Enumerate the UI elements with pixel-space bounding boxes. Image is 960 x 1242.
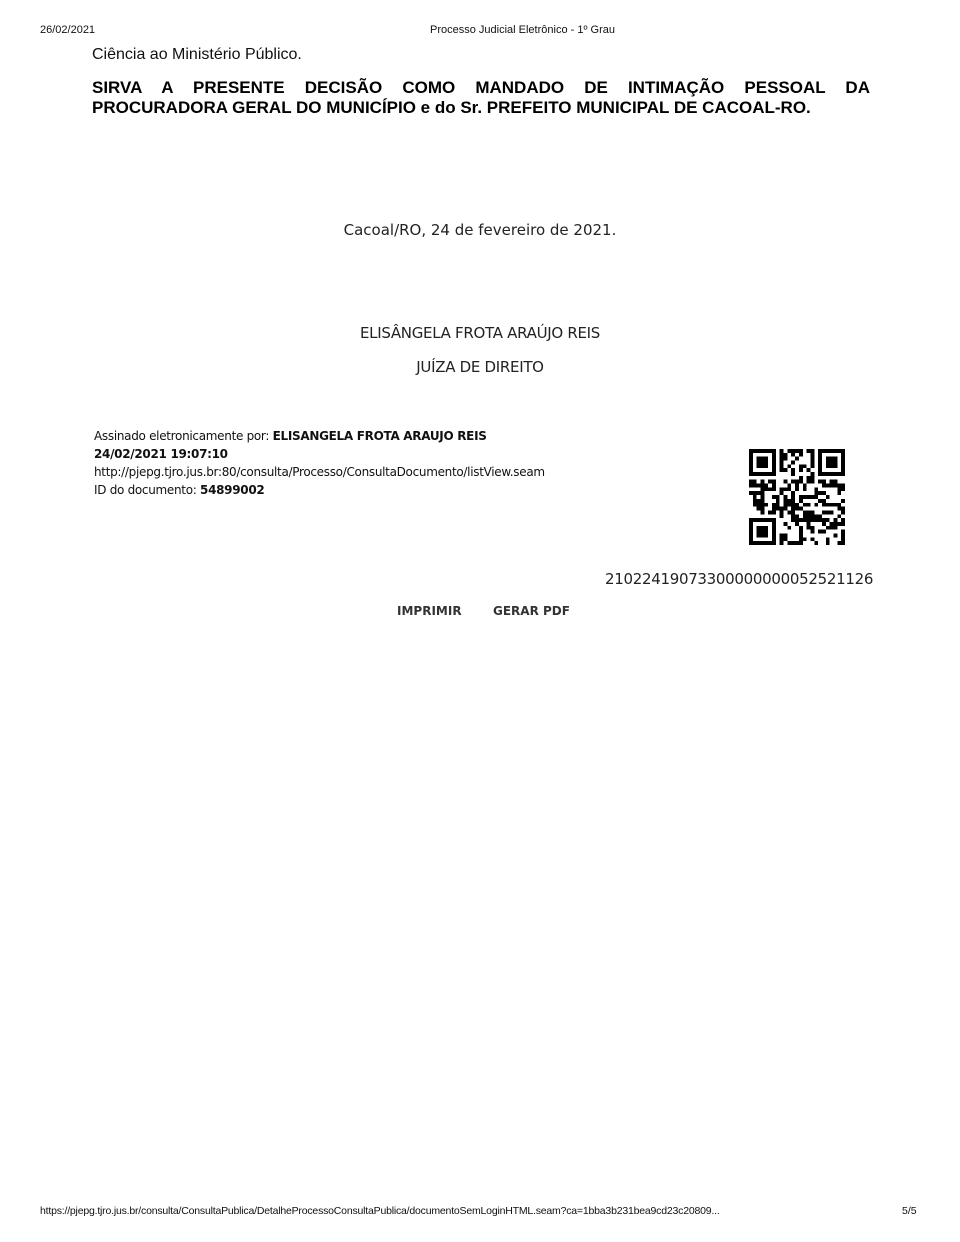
place-date: Cacoal/RO, 24 de fevereiro de 2021. [0,221,960,239]
print-footer-page: 5/5 [902,1205,917,1217]
signature-datetime: 24/02/2021 19:07:10 [94,447,228,461]
verification-url: http://pjepg.tjro.jus.br:80/consulta/Pro… [94,463,545,481]
judge-role: JUÍZA DE DIREITO [0,358,960,376]
signer-name: ELISANGELA FROTA ARAUJO REIS [273,429,487,443]
signed-by-label: Assinado eletronicamente por: [94,429,273,443]
doc-id-line: ID do documento: 54899002 [94,481,545,499]
verification-code: 21022419073300000000052521126 [605,570,873,588]
qr-code-icon [749,449,845,545]
electronic-signature-block: Assinado eletronicamente por: ELISANGELA… [94,427,545,499]
signed-by-line: Assinado eletronicamente por: ELISANGELA… [94,427,545,445]
ciencia-paragraph: Ciência ao Ministério Público. [92,46,302,64]
mandado-paragraph: SIRVA A PRESENTE DECISÃO COMO MANDADO DE… [92,78,870,118]
print-header-title: Processo Judicial Eletrônico - 1º Grau [430,24,615,36]
print-header-date: 26/02/2021 [40,24,95,36]
print-footer-url: https://pjepg.tjro.jus.br/consulta/Consu… [40,1205,720,1217]
doc-id-label: ID do documento: [94,483,200,497]
doc-id: 54899002 [200,483,264,497]
generate-pdf-button[interactable]: GERAR PDF [493,604,570,618]
print-button[interactable]: IMPRIMIR [397,604,462,618]
judge-name: ELISÂNGELA FROTA ARAÚJO REIS [0,324,960,342]
